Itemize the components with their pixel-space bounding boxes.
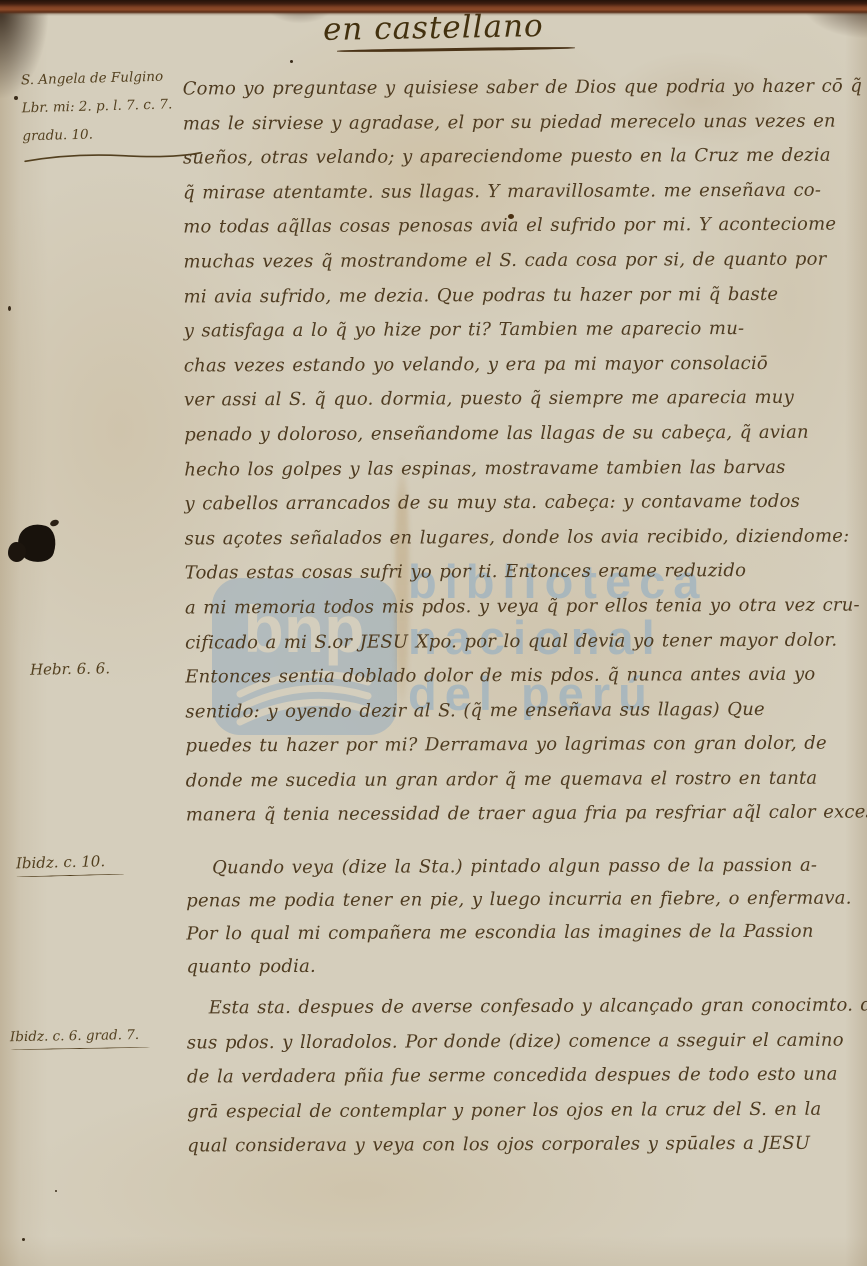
- manuscript-line: mo todas aq̃llas cosas penosas avia el s…: [183, 214, 859, 252]
- ink-speck: [55, 1190, 57, 1192]
- ink-speck: [49, 519, 60, 528]
- manuscript-line: ver assi al S. q̃ quo. dormia, puesto q̃…: [184, 387, 860, 425]
- underline-flourish: [23, 142, 204, 175]
- manuscript-line: penas me podia tener en pie, y luego inc…: [186, 888, 862, 924]
- manuscript-line: muchas vezes q̃ mostrandome el S. cada c…: [183, 248, 859, 286]
- manuscript-line: y satisfaga a lo q̃ yo hize por ti? Tamb…: [184, 318, 860, 356]
- manuscript-paragraph: Esta sta. despues de averse confesado y …: [187, 995, 864, 1171]
- manuscript-line: cificado a mi S.or JESU Xpo. por lo qual…: [185, 629, 861, 667]
- manuscript-body: Como yo preguntase y quisiese saber de D…: [183, 76, 864, 1171]
- manuscript-line: mi avia sufrido, me dezia. Que podras tu…: [184, 283, 860, 321]
- manuscript-line: quanto podia.: [186, 954, 862, 990]
- margin-note-hebrews: Hebr. 6. 6.: [30, 657, 110, 680]
- manuscript-line: sus açotes señalados en lugares, donde l…: [185, 525, 861, 563]
- manuscript-line: Esta sta. despues de averse confesado y …: [187, 995, 863, 1033]
- manuscript-paragraph: Como yo preguntase y quisiese saber de D…: [183, 76, 862, 840]
- manuscript-line: q̃ mirase atentamte. sus llagas. Y marav…: [183, 179, 859, 217]
- manuscript-line: hecho los golpes y las espinas, mostrava…: [184, 456, 860, 494]
- margin-note-line: Hebr. 6. 6.: [30, 657, 110, 680]
- margin-note-ibidem-c6-grad7: Ibidz. c. 6. grad. 7.: [10, 1025, 150, 1050]
- ink-speck: [290, 60, 293, 63]
- manuscript-line: y cabellos arrancados de su muy sta. cab…: [184, 491, 860, 529]
- ink-speck: [8, 306, 11, 311]
- margin-note-line: Ibidz. c. 10.: [16, 850, 125, 875]
- manuscript-line: mas le sirviese y agradase, el por su pi…: [183, 110, 859, 148]
- manuscript-line: Entonces sentia doblado dolor de mis pdo…: [185, 664, 861, 702]
- manuscript-line: sueños, otras velando; y apareciendome p…: [183, 145, 859, 183]
- margin-note-angela-de-foligno: S. Angela de FulginoLbr. mi: 2. p. l. 7.…: [21, 62, 204, 175]
- manuscript-line: de la verdadera pñia fue serme concedida…: [187, 1064, 863, 1102]
- margin-note-ibidem-c10: Ibidz. c. 10.: [16, 850, 125, 878]
- manuscript-line: sus pdos. y lloradolos. Por donde (dize)…: [187, 1029, 863, 1067]
- manuscript-line: Por lo qual mi compañera me escondia las…: [186, 921, 862, 957]
- ink-blot: [8, 542, 26, 562]
- manuscript-line: a mi memoria todos mis pdos. y veya q̃ p…: [185, 594, 861, 632]
- manuscript-line: Todas estas cosas sufri yo por ti. Enton…: [185, 560, 861, 598]
- manuscript-line: sentido: y oyendo dezir al S. (q̃ me ens…: [185, 698, 861, 736]
- manuscript-paragraph: Quando veya (dize la Sta.) pintado algun…: [186, 855, 863, 990]
- manuscript-line: qual considerava y veya con los ojos cor…: [187, 1133, 863, 1171]
- manuscript-line: Como yo preguntase y quisiese saber de D…: [183, 76, 859, 114]
- manuscript-page: bnp bibliotecanacionaldel perú en castel…: [0, 0, 867, 1266]
- manuscript-line: puedes tu hazer por mi? Derramava yo lag…: [185, 733, 861, 771]
- manuscript-line: manera q̃ tenia necessidad de traer agua…: [186, 802, 862, 840]
- margin-note-line: Ibidz. c. 6. grad. 7.: [10, 1025, 150, 1047]
- manuscript-line: penado y doloroso, enseñandome las llaga…: [184, 421, 860, 459]
- manuscript-line: grā especial de contemplar y poner los o…: [187, 1098, 863, 1136]
- ink-speck: [22, 1238, 25, 1241]
- binding-edge: [0, 0, 867, 16]
- note-underline: [10, 1047, 150, 1050]
- title-underline: [337, 46, 575, 52]
- note-underline: [16, 874, 124, 878]
- manuscript-line: donde me sucedia un gran ardor q̃ me que…: [186, 767, 862, 805]
- manuscript-line: chas vezes estando yo velando, y era pa …: [184, 352, 860, 390]
- ink-speck: [14, 96, 18, 100]
- manuscript-line: Quando veya (dize la Sta.) pintado algun…: [186, 855, 862, 891]
